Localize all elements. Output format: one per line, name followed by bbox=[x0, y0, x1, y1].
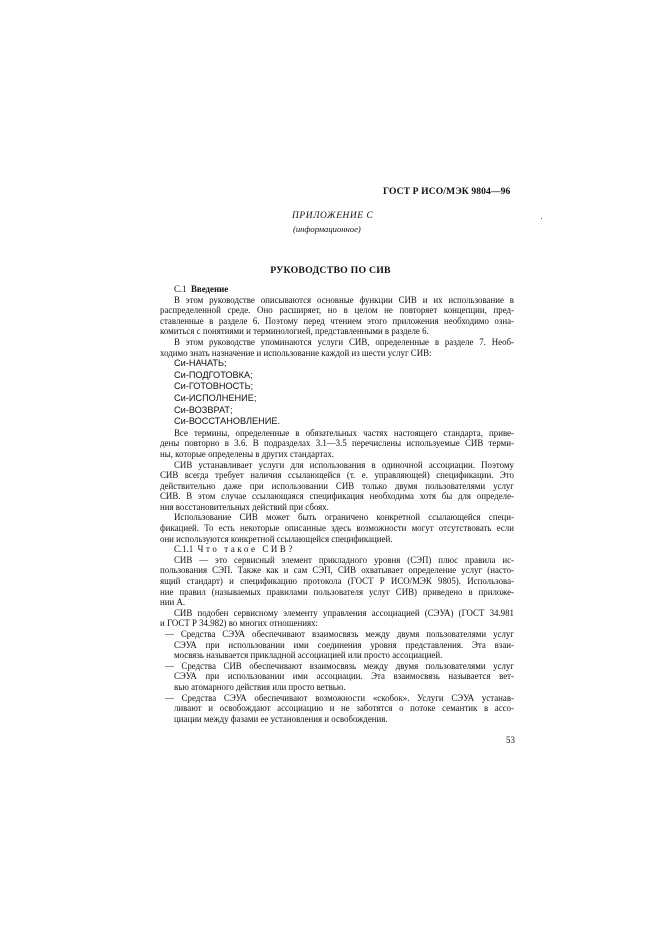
text-line: СИВ. В этом случае ссылающаяся специфика… bbox=[160, 491, 514, 502]
text-line: СИВ устанавливает услуги для использован… bbox=[160, 460, 514, 471]
text-line: СИВ всегда требует наличия ссылающейся (… bbox=[160, 470, 514, 481]
service-item: Си-НАЧАТЬ; bbox=[160, 358, 514, 370]
paragraph: Все термины, определенные в обязательных… bbox=[160, 428, 514, 460]
section-heading-c1: С.1 Введение bbox=[160, 284, 514, 295]
paragraph: СИВ устанавливает услуги для использован… bbox=[160, 460, 514, 513]
section-title: Что такое СИВ? bbox=[198, 544, 295, 554]
text-line: Все термины, определенные в обязательных… bbox=[160, 428, 514, 439]
paragraph: В этом руководстве упоминаются услуги СИ… bbox=[160, 337, 514, 358]
text-line: Использование СИВ может быть ограничено … bbox=[160, 512, 514, 523]
bullet-item: — Средства СИВ обеспечивают взаимосвязь … bbox=[160, 661, 514, 693]
text-line: В этом руководстве описываются основные … bbox=[160, 295, 514, 306]
text-line: ны, которые определены в других стандарт… bbox=[160, 449, 514, 460]
appendix-type: (информационное) bbox=[293, 224, 361, 234]
text-line: ящий стандарт) и спецификацию протокола … bbox=[160, 576, 514, 587]
text-line: СИВ — это сервисный элемент прикладного … bbox=[160, 555, 514, 566]
text-line: СЭУА при использовании ими ассоциации. Э… bbox=[160, 671, 514, 682]
paragraph: СИВ подобен сервисному элементу управлен… bbox=[160, 608, 514, 629]
document-page: ГОСТ Р ИСО/МЭК 9804—96 ПРИЛОЖЕНИЕ С (инф… bbox=[0, 0, 661, 935]
text-line: распределенной среде. Оно расширяет, но … bbox=[160, 305, 514, 316]
text-line: ливают и освобождают ассоциацию и не заб… bbox=[160, 703, 514, 714]
text-line: СИВ подобен сервисному элементу управлен… bbox=[160, 608, 514, 619]
text-line: циации между фазами ее установления и ос… bbox=[160, 714, 514, 725]
service-item: Си-ИСПОЛНЕНИЕ; bbox=[160, 393, 514, 405]
page-title: РУКОВОДСТВО ПО СИВ bbox=[0, 265, 661, 276]
text-line: — Средства СЭУА обеспечивают возможности… bbox=[160, 693, 514, 704]
text-line: действительно даже при использовании СИВ… bbox=[160, 481, 514, 492]
section-number: С.1 bbox=[174, 284, 187, 294]
text-line: ходимо знать назначение и использование … bbox=[160, 348, 514, 359]
text-line: они используются конкретной ссылающейся … bbox=[160, 534, 514, 545]
bullet-item: — Средства СЭУА обеспечивают возможности… bbox=[160, 693, 514, 725]
paragraph: В этом руководстве описываются основные … bbox=[160, 295, 514, 337]
service-item: Си-ГОТОВНОСТЬ; bbox=[160, 381, 514, 393]
document-body: С.1 Введение В этом руководстве описываю… bbox=[160, 284, 514, 724]
paragraph: СИВ — это сервисный элемент прикладного … bbox=[160, 555, 514, 608]
text-line: мосвязь называется прикладной ассоциацие… bbox=[160, 650, 514, 661]
text-line: и ГОСТ Р 34.982) во многих отношениях: bbox=[160, 618, 514, 629]
service-item: Си-ПОДГОТОВКА; bbox=[160, 370, 514, 382]
page-number: 53 bbox=[506, 735, 515, 745]
bullet-item: — Средства СЭУА обеспечивают взаимосвязь… bbox=[160, 629, 514, 661]
text-line: фикацией. То есть некоторые описанные зд… bbox=[160, 523, 514, 534]
text-line: пользования СЭП. Также как и сам СЭП, СИ… bbox=[160, 565, 514, 576]
text-line: комиться с понятиями и терминологией, пр… bbox=[160, 326, 514, 337]
text-line: ния восстановительных действий при сбоях… bbox=[160, 502, 514, 513]
service-list: Си-НАЧАТЬ; Си-ПОДГОТОВКА; Си-ГОТОВНОСТЬ;… bbox=[160, 358, 514, 428]
text-line: дены повторно в 3.6. В подразделах 3.1—3… bbox=[160, 438, 514, 449]
text-line: — Средства СЭУА обеспечивают взаимосвязь… bbox=[160, 629, 514, 640]
service-item: Си-ВОССТАНОВЛЕНИЕ. bbox=[160, 416, 514, 428]
standard-header: ГОСТ Р ИСО/МЭК 9804—96 bbox=[383, 186, 510, 197]
section-heading-c11: С.1.1 Что такое СИВ? bbox=[160, 544, 514, 555]
text-line: нии А. bbox=[160, 597, 514, 608]
section-number: С.1.1 bbox=[174, 544, 193, 554]
text-line: В этом руководстве упоминаются услуги СИ… bbox=[160, 337, 514, 348]
text-line: вью атомарного действия или просто ветвь… bbox=[160, 682, 514, 693]
text-line: ние правил (называемых правилами пользов… bbox=[160, 587, 514, 598]
text-line: СЭУА при использовании ими соединения ур… bbox=[160, 640, 514, 651]
service-item: Си-ВОЗВРАТ; bbox=[160, 405, 514, 417]
text-line: — Средства СИВ обеспечивают взаимосвязь … bbox=[160, 661, 514, 672]
text-line: ставленные в разделе 6. Поэтому перед чт… bbox=[160, 316, 514, 327]
scan-speck bbox=[541, 218, 542, 219]
appendix-label: ПРИЛОЖЕНИЕ С bbox=[292, 211, 373, 221]
paragraph: Использование СИВ может быть ограничено … bbox=[160, 512, 514, 544]
section-title: Введение bbox=[191, 284, 228, 294]
